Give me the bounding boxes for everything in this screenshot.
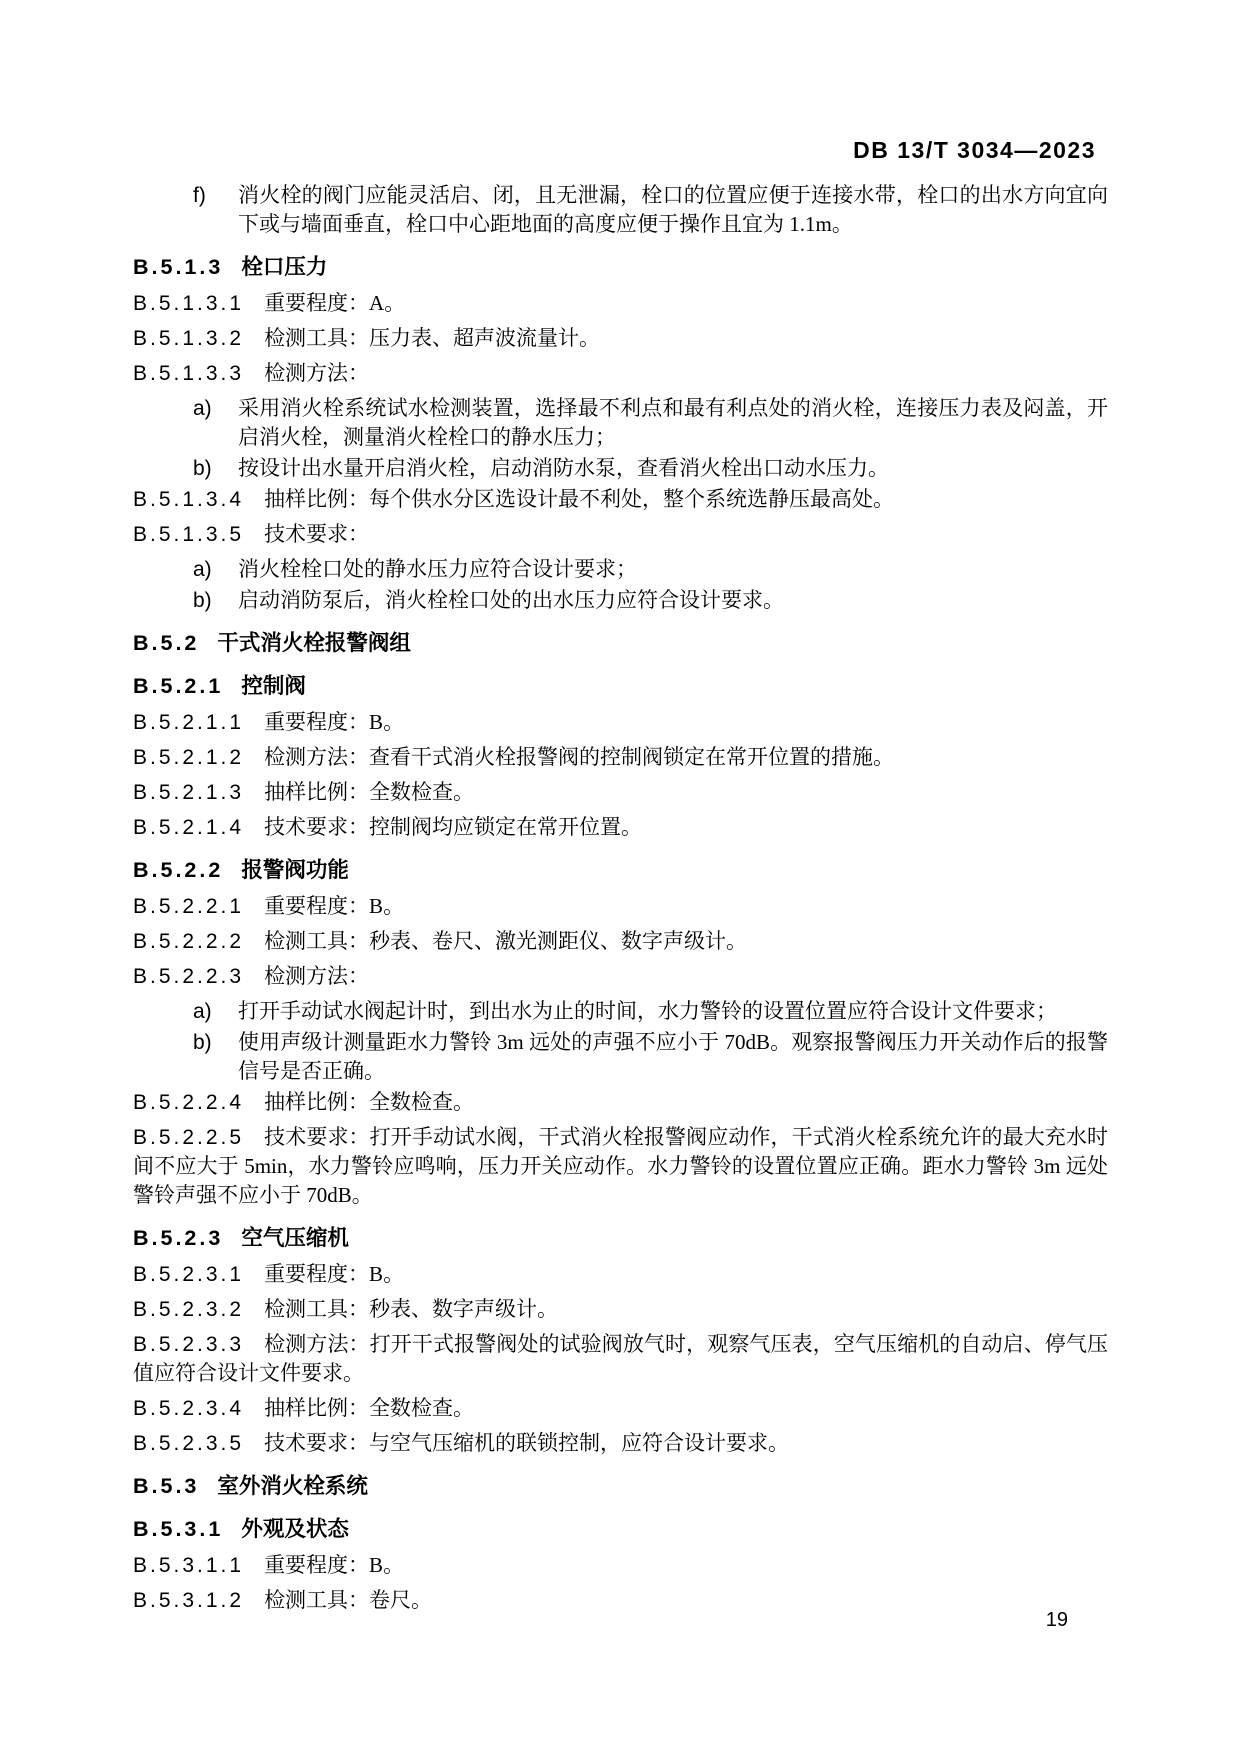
heading-title: 室外消火栓系统 <box>217 1474 368 1498</box>
list-item: a)采用消火栓系统试水检测装置，选择最不利点和最有利点处的消火栓，连接压力表及闷… <box>238 394 1108 452</box>
heading-title: 报警阀功能 <box>241 858 349 882</box>
clause-paragraph: B.5.2.2.1重要程度：B。 <box>133 892 1108 921</box>
clause-paragraph: B.5.2.2.3检测方法： <box>133 962 1108 991</box>
list-item-text: 按设计出水量开启消火栓，启动消防水泵，查看消火栓出口动水压力。 <box>238 456 889 480</box>
clause-paragraph: B.5.1.3.2检测工具：压力表、超声波流量计。 <box>133 324 1108 353</box>
list-item-text: 使用声级计测量距水力警铃 3m 远处的声强不应小于 70dB。观察报警阀压力开关… <box>238 1030 1108 1083</box>
clause-paragraph: B.5.2.3.3检测方法：打开干式报警阀处的试验阀放气时，观察气压表，空气压缩… <box>133 1330 1108 1388</box>
clause-paragraph: B.5.3.1.1重要程度：B。 <box>133 1551 1108 1580</box>
section-heading: B.5.3室外消火栓系统 <box>133 1472 1108 1501</box>
clause-text: 技术要求： <box>264 522 369 546</box>
clause-paragraph: B.5.2.2.4抽样比例：全数检查。 <box>133 1088 1108 1117</box>
clause-paragraph: B.5.2.3.2检测工具：秒表、数字声级计。 <box>133 1295 1108 1324</box>
list-item: a)打开手动试水阀起计时，到出水为止的时间，水力警铃的设置位置应符合设计文件要求… <box>238 997 1108 1026</box>
heading-number: B.5.2 <box>133 631 199 655</box>
clause-number: B.5.2.1.1 <box>133 711 244 734</box>
heading-number: B.5.1.3 <box>133 255 223 279</box>
heading-title: 栓口压力 <box>241 255 327 279</box>
list-item-label: a) <box>193 997 212 1026</box>
clause-text: 检测方法： <box>264 361 369 385</box>
section-heading: B.5.1.3栓口压力 <box>133 253 1108 282</box>
clause-paragraph: B.5.2.1.3抽样比例：全数检查。 <box>133 778 1108 807</box>
clause-number: B.5.3.1.2 <box>133 1589 244 1612</box>
clause-number: B.5.2.2.5 <box>133 1126 244 1149</box>
list-item-text: 启动消防泵后，消火栓栓口处的出水压力应符合设计要求。 <box>238 588 784 612</box>
list-item-text: 消火栓栓口处的静水压力应符合设计要求； <box>238 557 637 581</box>
heading-number: B.5.3.1 <box>133 1517 223 1541</box>
heading-number: B.5.2.3 <box>133 1226 223 1250</box>
clause-text: 重要程度：A。 <box>264 291 405 315</box>
section-heading: B.5.2.2报警阀功能 <box>133 856 1108 885</box>
clause-number: B.5.1.3.4 <box>133 488 244 511</box>
standard-number-header: DB 13/T 3034—2023 <box>133 136 1096 165</box>
list-item-label: b) <box>193 1028 212 1057</box>
section-heading: B.5.2.3空气压缩机 <box>133 1224 1108 1253</box>
heading-title: 外观及状态 <box>241 1517 349 1541</box>
section-heading: B.5.2干式消火栓报警阀组 <box>133 629 1108 658</box>
list-item-label: a) <box>193 555 212 584</box>
clause-text: 技术要求：打开手动试水阀，干式消火栓报警阀应动作，干式消火栓系统允许的最大充水时… <box>133 1125 1108 1207</box>
clause-number: B.5.2.3.1 <box>133 1263 244 1286</box>
clause-number: B.5.2.1.3 <box>133 781 244 804</box>
clause-text: 检测工具：卷尺。 <box>264 1588 432 1612</box>
clause-paragraph: B.5.2.1.1重要程度：B。 <box>133 708 1108 737</box>
clause-text: 重要程度：B。 <box>264 1553 404 1577</box>
clause-text: 检测方法： <box>264 964 369 988</box>
clause-number: B.5.2.1.2 <box>133 746 244 769</box>
clause-text: 检测工具：秒表、卷尺、激光测距仪、数字声级计。 <box>264 929 747 953</box>
clause-text: 抽样比例：全数检查。 <box>264 1090 474 1114</box>
section-heading: B.5.3.1外观及状态 <box>133 1515 1108 1544</box>
list-item-label: a) <box>193 394 212 423</box>
heading-number: B.5.2.1 <box>133 674 223 698</box>
list-item-text: 消火栓的阀门应能灵活启、闭，且无泄漏，栓口的位置应便于连接水带，栓口的出水方向宜… <box>238 183 1108 236</box>
clause-paragraph: B.5.2.3.1重要程度：B。 <box>133 1260 1108 1289</box>
clause-paragraph: B.5.1.3.1重要程度：A。 <box>133 289 1108 318</box>
heading-title: 空气压缩机 <box>241 1226 349 1250</box>
clause-number: B.5.2.1.4 <box>133 816 244 839</box>
clause-number: B.5.1.3.5 <box>133 523 244 546</box>
list-item: f)消火栓的阀门应能灵活启、闭，且无泄漏，栓口的位置应便于连接水带，栓口的出水方… <box>238 181 1108 239</box>
heading-number: B.5.2.2 <box>133 858 223 882</box>
heading-title: 控制阀 <box>241 674 306 698</box>
clause-paragraph: B.5.2.2.5技术要求：打开手动试水阀，干式消火栓报警阀应动作，干式消火栓系… <box>133 1123 1108 1210</box>
clause-paragraph: B.5.2.1.2检测方法：查看干式消火栓报警阀的控制阀锁定在常开位置的措施。 <box>133 743 1108 772</box>
section-heading: B.5.2.1控制阀 <box>133 672 1108 701</box>
list-item-label: f) <box>193 181 206 210</box>
clause-number: B.5.1.3.3 <box>133 362 244 385</box>
clause-text: 重要程度：B。 <box>264 710 404 734</box>
heading-title: 干式消火栓报警阀组 <box>217 631 411 655</box>
heading-number: B.5.3 <box>133 1474 199 1498</box>
clause-number: B.5.2.2.3 <box>133 965 244 988</box>
clause-paragraph: B.5.1.3.3检测方法： <box>133 359 1108 388</box>
clause-text: 抽样比例：全数检查。 <box>264 780 474 804</box>
list-item: b)启动消防泵后，消火栓栓口处的出水压力应符合设计要求。 <box>238 586 1108 615</box>
list-item-text: 打开手动试水阀起计时，到出水为止的时间，水力警铃的设置位置应符合设计文件要求； <box>238 999 1057 1023</box>
list-item-label: b) <box>193 454 212 483</box>
list-item: a)消火栓栓口处的静水压力应符合设计要求； <box>238 555 1108 584</box>
clause-text: 检测方法：打开干式报警阀处的试验阀放气时，观察气压表，空气压缩机的自动启、停气压… <box>133 1332 1108 1385</box>
clause-number: B.5.1.3.2 <box>133 327 244 350</box>
clause-text: 技术要求：与空气压缩机的联锁控制，应符合设计要求。 <box>264 1431 789 1455</box>
clause-paragraph: B.5.2.2.2检测工具：秒表、卷尺、激光测距仪、数字声级计。 <box>133 927 1108 956</box>
list-item: b)按设计出水量开启消火栓，启动消防水泵，查看消火栓出口动水压力。 <box>238 454 1108 483</box>
clause-paragraph: B.5.2.1.4技术要求：控制阀均应锁定在常开位置。 <box>133 813 1108 842</box>
clause-number: B.5.1.3.1 <box>133 292 244 315</box>
clause-number: B.5.3.1.1 <box>133 1554 244 1577</box>
clause-text: 检测工具：秒表、数字声级计。 <box>264 1297 558 1321</box>
clause-text: 重要程度：B。 <box>264 894 404 918</box>
list-item: b)使用声级计测量距水力警铃 3m 远处的声强不应小于 70dB。观察报警阀压力… <box>238 1028 1108 1086</box>
clause-number: B.5.2.3.2 <box>133 1298 244 1321</box>
clause-text: 重要程度：B。 <box>264 1262 404 1286</box>
clause-text: 技术要求：控制阀均应锁定在常开位置。 <box>264 815 642 839</box>
clause-text: 抽样比例：全数检查。 <box>264 1396 474 1420</box>
list-item-text: 采用消火栓系统试水检测装置，选择最不利点和最有利点处的消火栓，连接压力表及闷盖，… <box>238 396 1108 449</box>
clause-paragraph: B.5.2.3.4抽样比例：全数检查。 <box>133 1394 1108 1423</box>
page-number: 19 <box>1046 1608 1068 1632</box>
clause-paragraph: B.5.3.1.2检测工具：卷尺。 <box>133 1586 1108 1615</box>
clause-number: B.5.2.2.2 <box>133 930 244 953</box>
clause-number: B.5.2.3.5 <box>133 1432 244 1455</box>
document-body: f)消火栓的阀门应能灵活启、闭，且无泄漏，栓口的位置应便于连接水带，栓口的出水方… <box>133 181 1108 1615</box>
clause-text: 检测方法：查看干式消火栓报警阀的控制阀锁定在常开位置的措施。 <box>264 745 894 769</box>
clause-paragraph: B.5.1.3.5技术要求： <box>133 520 1108 549</box>
clause-paragraph: B.5.1.3.4抽样比例：每个供水分区选设计最不利处，整个系统选静压最高处。 <box>133 485 1108 514</box>
list-item-label: b) <box>193 586 212 615</box>
clause-number: B.5.2.3.3 <box>133 1333 244 1356</box>
clause-paragraph: B.5.2.3.5技术要求：与空气压缩机的联锁控制，应符合设计要求。 <box>133 1429 1108 1458</box>
clause-text: 检测工具：压力表、超声波流量计。 <box>264 326 600 350</box>
clause-text: 抽样比例：每个供水分区选设计最不利处，整个系统选静压最高处。 <box>264 487 894 511</box>
clause-number: B.5.2.2.1 <box>133 895 244 918</box>
document-page: DB 13/T 3034—2023 f)消火栓的阀门应能灵活启、闭，且无泄漏，栓… <box>0 0 1240 1755</box>
clause-number: B.5.2.3.4 <box>133 1397 244 1420</box>
clause-number: B.5.2.2.4 <box>133 1091 244 1114</box>
